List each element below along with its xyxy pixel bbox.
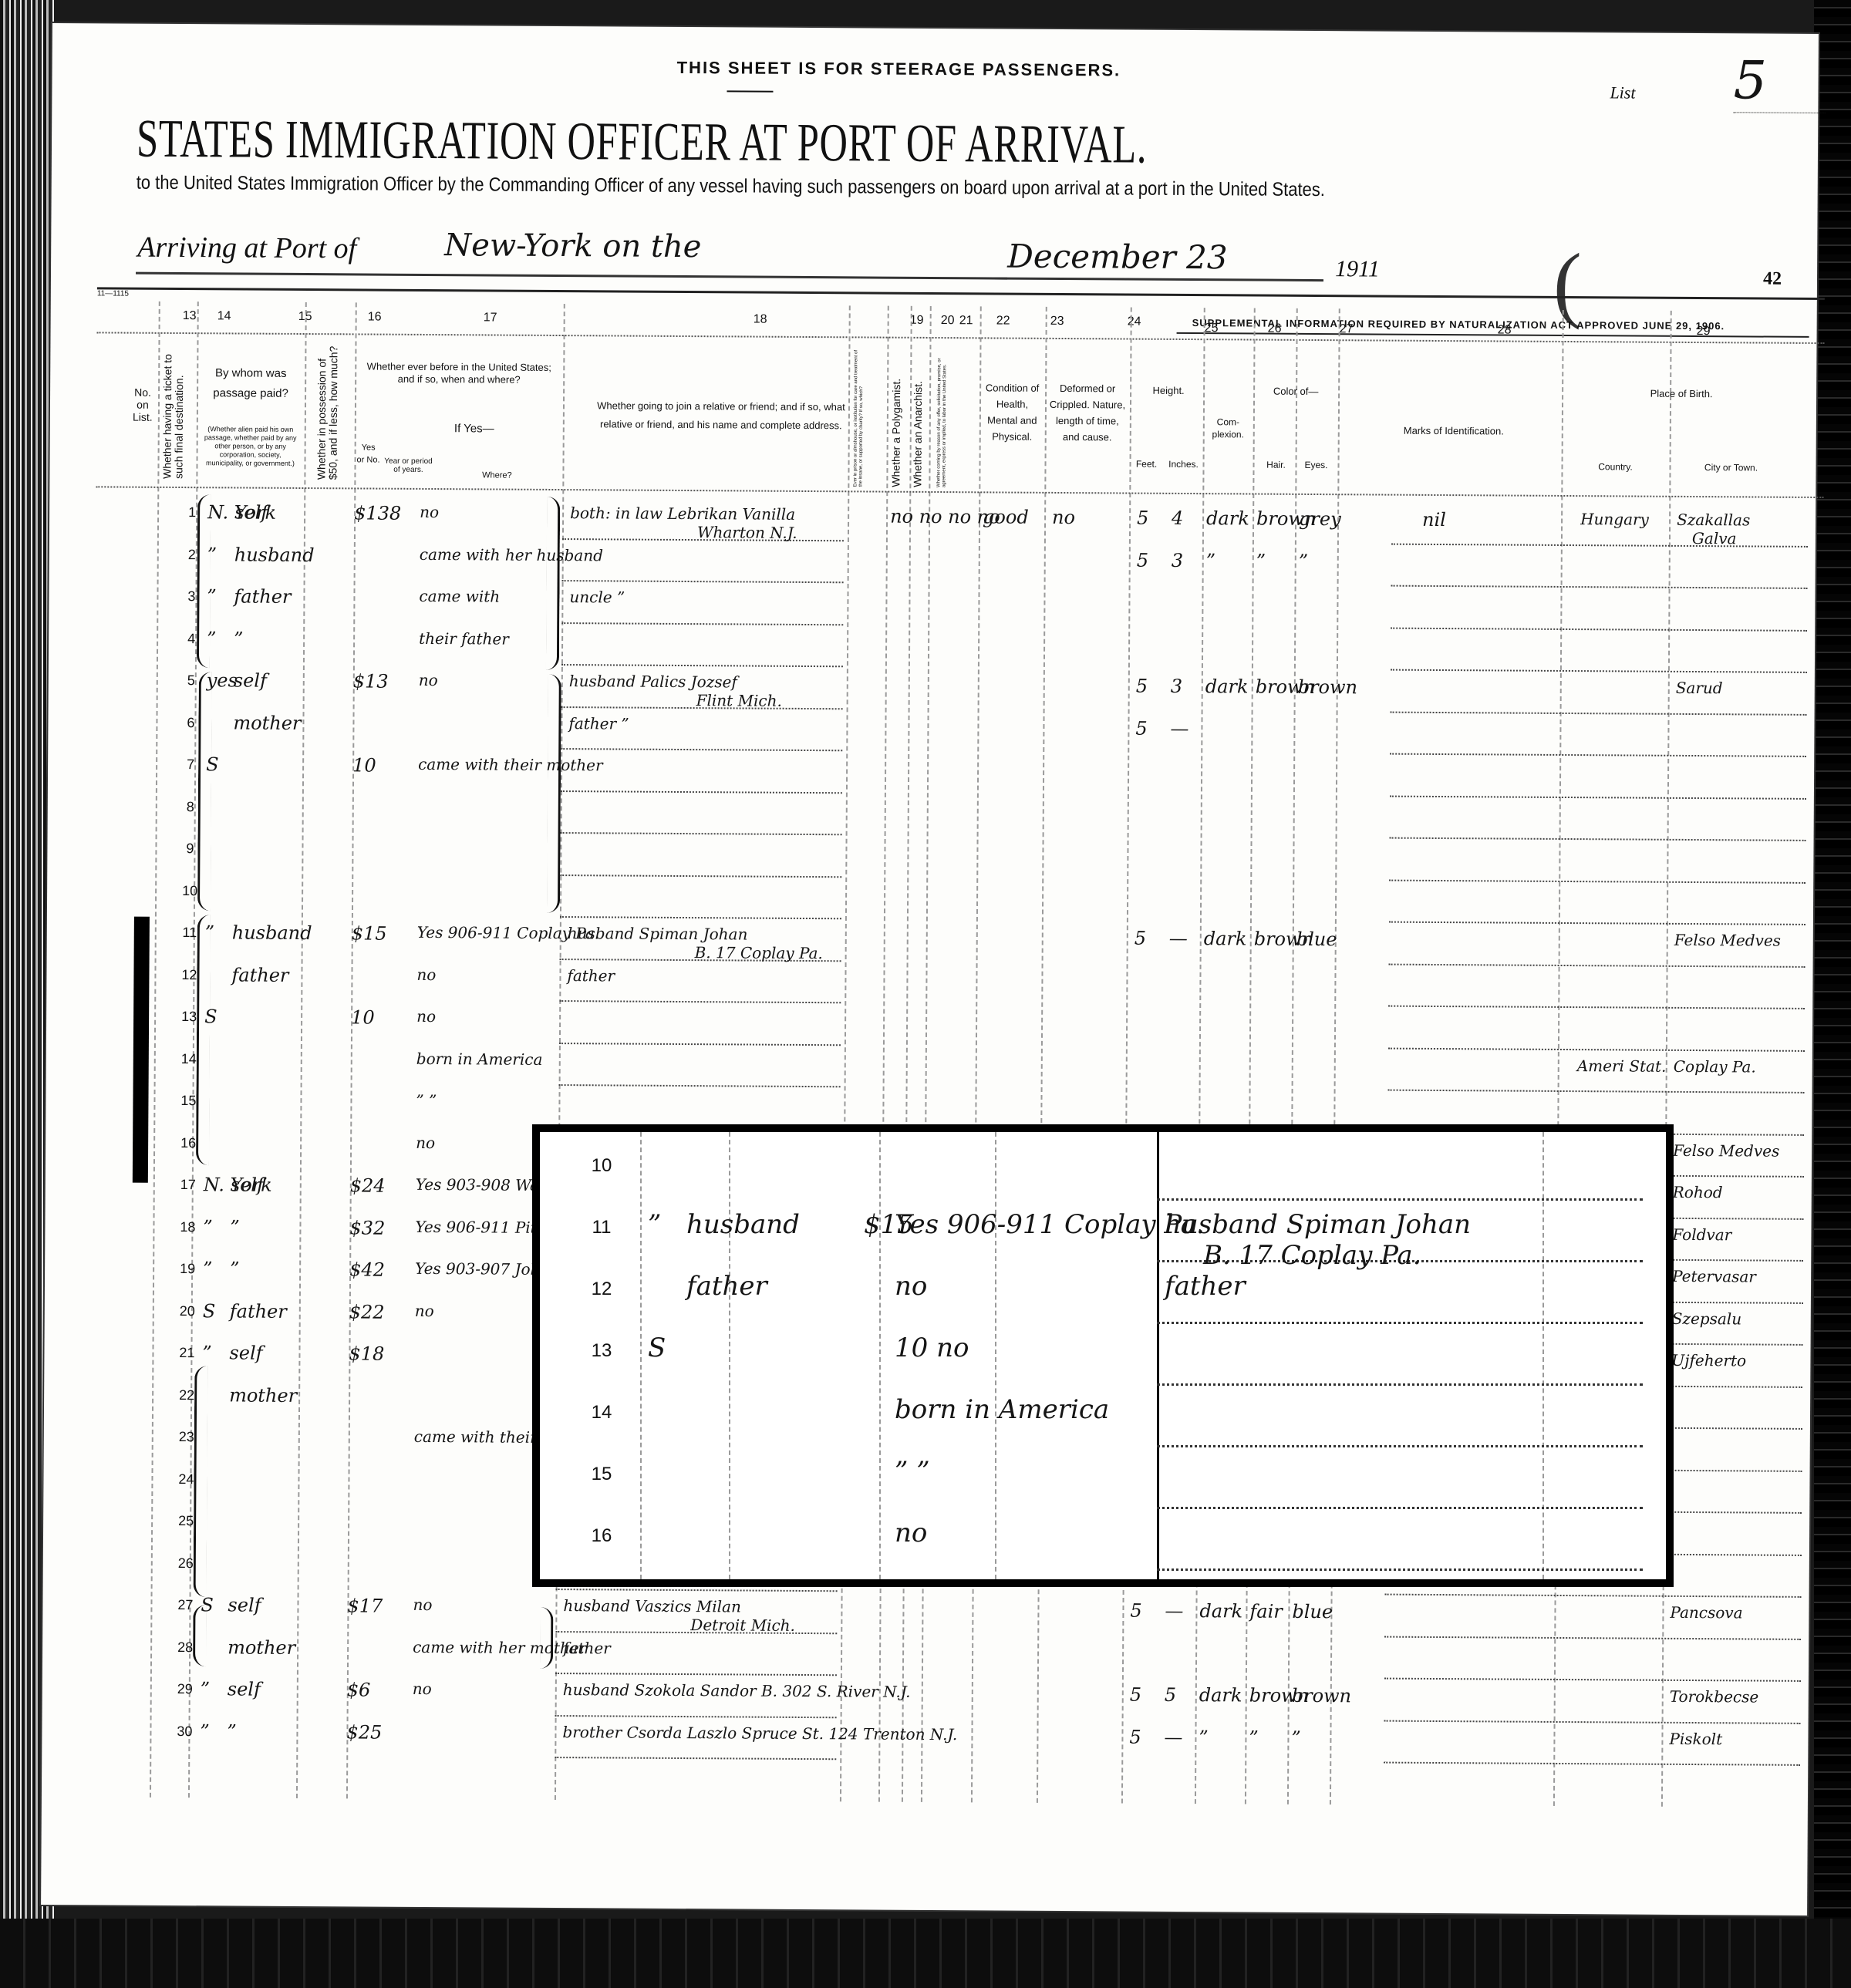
row-rule: [1391, 669, 1807, 673]
cell-money: 10: [352, 754, 376, 776]
cell-ever-before: ” ”: [895, 1456, 930, 1487]
row-number: 11: [586, 1217, 617, 1238]
row-rule: [1157, 1568, 1643, 1571]
row-rule: [561, 622, 843, 625]
cell-complexion: ”: [1206, 550, 1215, 571]
cell-join-relative: husband Vaszics Milan: [563, 1596, 741, 1616]
cell-ever-before: came with: [419, 587, 500, 606]
cell-country: Hungary: [1580, 510, 1649, 529]
row-number: 10: [586, 1155, 617, 1177]
cell-passage-paid: father: [230, 1300, 287, 1322]
cell-height-feet: 5: [1137, 507, 1148, 529]
row-rule: [1390, 795, 1806, 799]
cell-height-feet: 5: [1129, 1726, 1141, 1747]
cell-passage-paid: self: [229, 1342, 262, 1363]
cell-passage-paid: self: [234, 669, 267, 691]
row-rule: [1157, 1198, 1643, 1201]
header-health: Condition of Health, Mental and Physical…: [983, 379, 1042, 444]
row-rule: [1391, 627, 1807, 631]
row-number: 14: [586, 1402, 617, 1424]
family-brace: [197, 494, 211, 668]
row-rule: [1388, 1047, 1805, 1051]
cell-ever-before: no: [416, 1133, 435, 1151]
header-complexion: Com-plexion.: [1207, 416, 1249, 440]
scale-bar: [133, 917, 150, 1183]
cell-passage-paid: ”: [230, 1258, 239, 1279]
row-rule: [1157, 1507, 1643, 1509]
cell-ever-before: their father: [419, 628, 509, 648]
cell-height-feet: 5: [1135, 717, 1147, 739]
col-num: 19: [905, 314, 929, 328]
cell-city: Rohod: [1673, 1183, 1723, 1201]
header-if-yes: If Yes—: [413, 423, 536, 436]
header-yes-no: Yes or No.: [356, 441, 379, 466]
divider: [992, 277, 1323, 281]
cell-ticket: ”: [201, 1678, 210, 1700]
arriving-label: Arriving at Port of: [137, 231, 356, 266]
cell-ever-before: no: [419, 671, 438, 689]
cell-city: Pancsova: [1670, 1603, 1742, 1622]
cell-eyes: brown: [1298, 676, 1357, 698]
row-rule: [559, 1000, 841, 1003]
cell-passage-paid: ”: [227, 1720, 236, 1742]
row-number: 17: [173, 1177, 204, 1193]
header-prison: Ever in prison or almshouse, or institut…: [853, 348, 865, 487]
col-num: 29: [1692, 325, 1715, 339]
family-brace: [540, 1607, 553, 1669]
row-number: 19: [172, 1261, 203, 1277]
row-rule: [1388, 1006, 1805, 1009]
cell-city: Coplay Pa.: [1674, 1056, 1756, 1076]
cell-country: Ameri Stat.: [1577, 1056, 1667, 1076]
row-number: 29: [170, 1681, 201, 1697]
cell-join-relative: husband Szokola Sandor B. 302 S. River N…: [563, 1680, 911, 1701]
cell-complexion: ”: [1199, 1727, 1208, 1748]
row-rule: [1391, 711, 1807, 715]
cell-join-address: Wharton N.J.: [697, 523, 797, 542]
cell-passage-paid: self: [231, 1174, 264, 1195]
cell-eyes: ”: [1299, 550, 1308, 571]
cell-ticket: S: [203, 1300, 216, 1322]
passenger-rows: 1N. Yorkself$138noboth: in law Lebrikan …: [52, 23, 1819, 34]
cell-passage-paid: father: [234, 585, 291, 607]
cell-passage-paid: husband: [232, 922, 312, 944]
arriving-date: December 23: [1007, 238, 1228, 277]
scan-bottom-edge: [0, 1919, 1851, 1988]
row-rule: [1391, 585, 1808, 589]
row-number: 15: [586, 1464, 617, 1485]
family-brace: [196, 915, 211, 1165]
header-city: City or Town.: [1673, 461, 1789, 474]
header-fifty-dollars: Whether in possession of $50, and if les…: [315, 341, 339, 480]
cell-ever-before: 10 no: [895, 1333, 969, 1363]
cell-height-inches: 4: [1172, 507, 1183, 529]
cell-ever-before: came with her mother: [413, 1637, 586, 1656]
row-number: 16: [586, 1525, 617, 1547]
cell-complexion: dark: [1199, 1684, 1242, 1706]
header-height: Height.: [1138, 385, 1199, 397]
header-color-of: Color of—: [1257, 386, 1334, 399]
header-ticket: Whether having a ticket to such final de…: [161, 340, 185, 479]
cell-passage-paid: mother: [228, 1636, 295, 1659]
cell-marks: nil: [1422, 509, 1446, 531]
col-num: 26: [1263, 322, 1286, 336]
row-rule: [1157, 1445, 1643, 1447]
cell-money: $15: [352, 922, 387, 944]
cell-join-relative: husband Spiman Johan: [1165, 1209, 1471, 1240]
cell-height-inches: 3: [1172, 549, 1183, 571]
family-brace: [547, 674, 561, 913]
cell-money: $25: [346, 1721, 382, 1743]
cell-join-relative: father: [563, 1639, 611, 1657]
cell-passage-paid: husband: [234, 544, 315, 566]
row-number: 12: [586, 1279, 617, 1300]
header-eyes: Eyes.: [1296, 459, 1335, 471]
cell-passage-paid: self: [228, 1678, 261, 1700]
row-rule: [1389, 963, 1805, 967]
cell-height-inches: —: [1164, 1726, 1182, 1747]
row-rule: [561, 748, 842, 751]
cell-passage-paid: ”: [234, 628, 243, 649]
cell-height-inches: —: [1169, 928, 1188, 949]
cell-height-feet: 5: [1130, 1684, 1141, 1706]
row-rule: [559, 1043, 841, 1046]
list-label: List: [1610, 83, 1635, 103]
cell-ever-before: no: [416, 965, 436, 983]
cell-money: $42: [349, 1259, 385, 1280]
row-number: 30: [169, 1723, 200, 1739]
cell-ever-before: no: [895, 1518, 927, 1548]
header-no-on-list: No. on List.: [127, 386, 158, 423]
header-place-of-birth: Place of Birth.: [1569, 387, 1793, 401]
row-rule: [1384, 1636, 1801, 1639]
header-passage-note: (Whether alien paid his own passage, whe…: [204, 425, 296, 468]
cell-city: Felso Medves: [1674, 931, 1781, 950]
header-anarchist: Whether an Anarchist.: [912, 349, 924, 487]
col-num: 21: [955, 314, 978, 328]
cell-hair: fair: [1249, 1601, 1283, 1622]
row-rule: [1157, 1322, 1643, 1324]
cell-ever-before: no: [895, 1271, 927, 1302]
row-rule: [1389, 879, 1805, 883]
row-rule: [555, 1715, 837, 1718]
cell-health: good: [983, 506, 1029, 527]
header-where: Where?: [466, 469, 528, 481]
cell-ever-before: ” ”: [416, 1091, 437, 1110]
cell-complexion: dark: [1199, 1600, 1242, 1622]
cell-money: $6: [347, 1679, 371, 1700]
cell-join-relative: father: [1165, 1271, 1246, 1302]
list-number: 5: [1733, 50, 1826, 113]
cell-complexion: dark: [1205, 676, 1249, 697]
row-rule: [561, 664, 843, 667]
header-hair: Hair.: [1256, 459, 1295, 471]
cell-eyes: ”: [1291, 1727, 1300, 1748]
cell-ever-before: no: [420, 503, 439, 521]
col-num: 23: [1046, 315, 1069, 329]
cell-complexion: dark: [1206, 507, 1249, 529]
cell-passage-paid: father: [231, 964, 288, 986]
cell-ever-before: no: [415, 1301, 434, 1319]
row-number: 21: [171, 1345, 202, 1361]
cell-passage-paid: self: [228, 1594, 261, 1616]
cell-height-feet: 5: [1135, 928, 1146, 949]
page-number: 42: [1763, 269, 1782, 290]
cell-ticket: ”: [203, 1258, 212, 1279]
cell-city: Piskolt: [1669, 1729, 1722, 1747]
divider: [136, 272, 1007, 280]
cell-eyes: blue: [1296, 928, 1337, 950]
row-rule: [1157, 1383, 1643, 1386]
column-divider: [995, 1132, 996, 1579]
arriving-port: New-York on the: [444, 227, 701, 265]
cell-hair: ”: [1249, 1727, 1258, 1748]
header-inches: Inches.: [1164, 458, 1202, 470]
cell-eyes: blue: [1292, 1601, 1333, 1622]
row-rule: [1390, 837, 1806, 841]
header-labor-offer: Whether coming by reason of any offer, s…: [936, 349, 948, 487]
cell-join-address: B. 17 Coplay Pa.: [1203, 1240, 1421, 1271]
cell-money: $22: [349, 1301, 385, 1323]
cell-passage-paid: mother: [229, 1384, 297, 1407]
cell-ticket: ”: [203, 1216, 212, 1238]
column-divider: [346, 302, 357, 1798]
cell-ever-before: no: [416, 1007, 436, 1026]
row-rule: [1384, 1720, 1801, 1723]
arriving-year: 1911: [1335, 256, 1380, 282]
column-divider: [640, 1132, 642, 1579]
row-rule: [560, 874, 841, 878]
col-num: 18: [745, 312, 776, 326]
row-rule: [1389, 922, 1805, 925]
cell-join-address: Detroit Mich.: [690, 1616, 795, 1635]
cell-join-relative: husband Palics Jozsef: [569, 672, 737, 691]
col-num: 14: [213, 309, 236, 323]
cell-passage-paid: ”: [230, 1216, 239, 1238]
cell-eyes: brown: [1292, 1685, 1351, 1707]
cell-ever-before: born in America: [416, 1049, 543, 1068]
header-year: Year or period of years.: [381, 457, 435, 474]
zoom-inset-panel: 1011”husband$15Yes 906-911 Coplay Pa.hus…: [532, 1124, 1674, 1587]
header-marks: Marks of Identification.: [1361, 424, 1546, 437]
cell-join-relative: father: [567, 966, 615, 985]
cell-join-relative: both: in law Lebrikan Vanilla: [570, 504, 795, 524]
divider: [727, 90, 773, 92]
cell-city: Felso Medves: [1673, 1141, 1779, 1160]
cell-city: Sarud: [1676, 679, 1723, 697]
cell-city: Torokbecse: [1670, 1687, 1759, 1707]
cell-money: $17: [347, 1595, 383, 1616]
page-title: STATES IMMIGRATION OFFICER AT PORT OF AR…: [137, 109, 1148, 177]
cell-ticket: ”: [200, 1720, 209, 1742]
cell-height-inches: 3: [1171, 676, 1182, 697]
cell-ticket: S: [648, 1333, 666, 1363]
cell-money: $13: [353, 670, 389, 692]
cell-ticket: ”: [648, 1209, 661, 1240]
family-brace: [193, 1605, 206, 1666]
cell-ever-before: came with her husband: [420, 544, 603, 564]
cell-ever-before: Yes 906-911 Coplay Pa.: [895, 1209, 1205, 1240]
row-rule: [1390, 753, 1806, 757]
col-num: 28: [1493, 323, 1516, 337]
cell-deformed: no: [1052, 507, 1075, 528]
cell-city: Foldvar: [1672, 1225, 1731, 1243]
cell-eyes: grey: [1299, 508, 1341, 530]
header-join-relative: Whether going to join a relative or frie…: [590, 396, 852, 435]
cell-city: Szepsalu: [1672, 1309, 1741, 1328]
column-divider: [296, 302, 307, 1798]
row-rule: [562, 580, 844, 583]
row-number: 13: [586, 1340, 617, 1362]
row-rule: [555, 1757, 836, 1760]
family-brace: [194, 1366, 208, 1597]
row-rule: [561, 790, 842, 794]
form-code: 11—1115: [97, 289, 129, 298]
cell-money: $18: [349, 1343, 384, 1364]
header-feet: Feet.: [1131, 458, 1162, 470]
row-rule: [1384, 1678, 1801, 1682]
cell-ever-before: came with their mother: [418, 755, 603, 774]
column-divider: [150, 302, 160, 1798]
col-num: 16: [363, 310, 386, 324]
cell-passage-paid: father: [686, 1271, 767, 1302]
cell-city-line2: Galva: [1692, 529, 1737, 548]
row-rule: [560, 916, 841, 919]
manifest-sheet: THIS SHEET IS FOR STEERAGE PASSENGERS. L…: [41, 23, 1819, 1916]
cell-join-relative: brother Csorda Laszlo Spruce St. 124 Tre…: [562, 1723, 957, 1744]
cell-height-feet: 5: [1136, 676, 1148, 697]
cell-height-feet: 5: [1137, 549, 1148, 571]
cell-join-address: B. 17 Coplay Pa.: [695, 943, 823, 962]
cell-passage-paid: self: [234, 501, 268, 523]
col-num: 24: [1123, 315, 1146, 329]
row-rule: [555, 1673, 837, 1676]
cell-money: 10: [351, 1006, 375, 1028]
cell-ticket: ”: [202, 1342, 211, 1363]
header-country: Country.: [1565, 460, 1665, 473]
cell-join-address: Flint Mich.: [696, 691, 782, 710]
cell-ever-before: born in America: [895, 1394, 1109, 1425]
cell-join-relative: husband Spiman Johan: [568, 924, 748, 943]
row-rule: [1385, 1594, 1802, 1598]
cell-ever-before: no: [413, 1680, 432, 1698]
header-deformed: Deformed or Crippled. Nature, length of …: [1049, 380, 1127, 446]
column-divider: [729, 1132, 730, 1579]
header-polygamist: Whether a Polygamist.: [890, 349, 902, 487]
cell-hair: ”: [1256, 550, 1266, 571]
cell-complexion: dark: [1204, 928, 1247, 949]
cell-city: Szakallas: [1677, 510, 1750, 530]
cell-height-inches: —: [1170, 717, 1188, 739]
steerage-notice: THIS SHEET IS FOR STEERAGE PASSENGERS.: [677, 58, 1121, 81]
cell-city: Petervasar: [1672, 1267, 1756, 1286]
row-rule: [1388, 1090, 1805, 1093]
cell-money: $32: [349, 1217, 385, 1238]
row-number: 18: [172, 1218, 203, 1235]
header-passage-paid: By whom was passage paid?: [201, 363, 301, 404]
row-number: 20: [172, 1302, 203, 1319]
cell-height-inches: 5: [1165, 1684, 1176, 1706]
cell-join-relative: uncle ”: [569, 588, 625, 606]
row-rule: [1391, 543, 1808, 547]
row-rule: [561, 832, 842, 835]
cell-height-feet: 5: [1130, 1600, 1141, 1622]
header-ever-before: Whether ever before in the United States…: [362, 360, 555, 386]
row-rule: [1384, 1762, 1800, 1766]
column-divider: [879, 1132, 881, 1579]
col-num: 17: [475, 311, 506, 325]
family-brace: [546, 497, 560, 670]
col-num: 22: [992, 314, 1015, 328]
cell-passage-paid: husband: [686, 1209, 800, 1240]
cell-city: Ujfeherto: [1671, 1351, 1746, 1370]
cell-height-inches: —: [1165, 1600, 1183, 1622]
family-brace: [197, 672, 212, 911]
row-rule: [556, 1589, 838, 1592]
cell-join-relative: father ”: [568, 714, 629, 733]
cell-money: $138: [354, 502, 401, 524]
cell-ever-before: no: [413, 1595, 432, 1614]
cell-passage-paid: mother: [233, 712, 301, 734]
cell-money: $24: [350, 1174, 386, 1196]
row-rule: [559, 1084, 841, 1087]
